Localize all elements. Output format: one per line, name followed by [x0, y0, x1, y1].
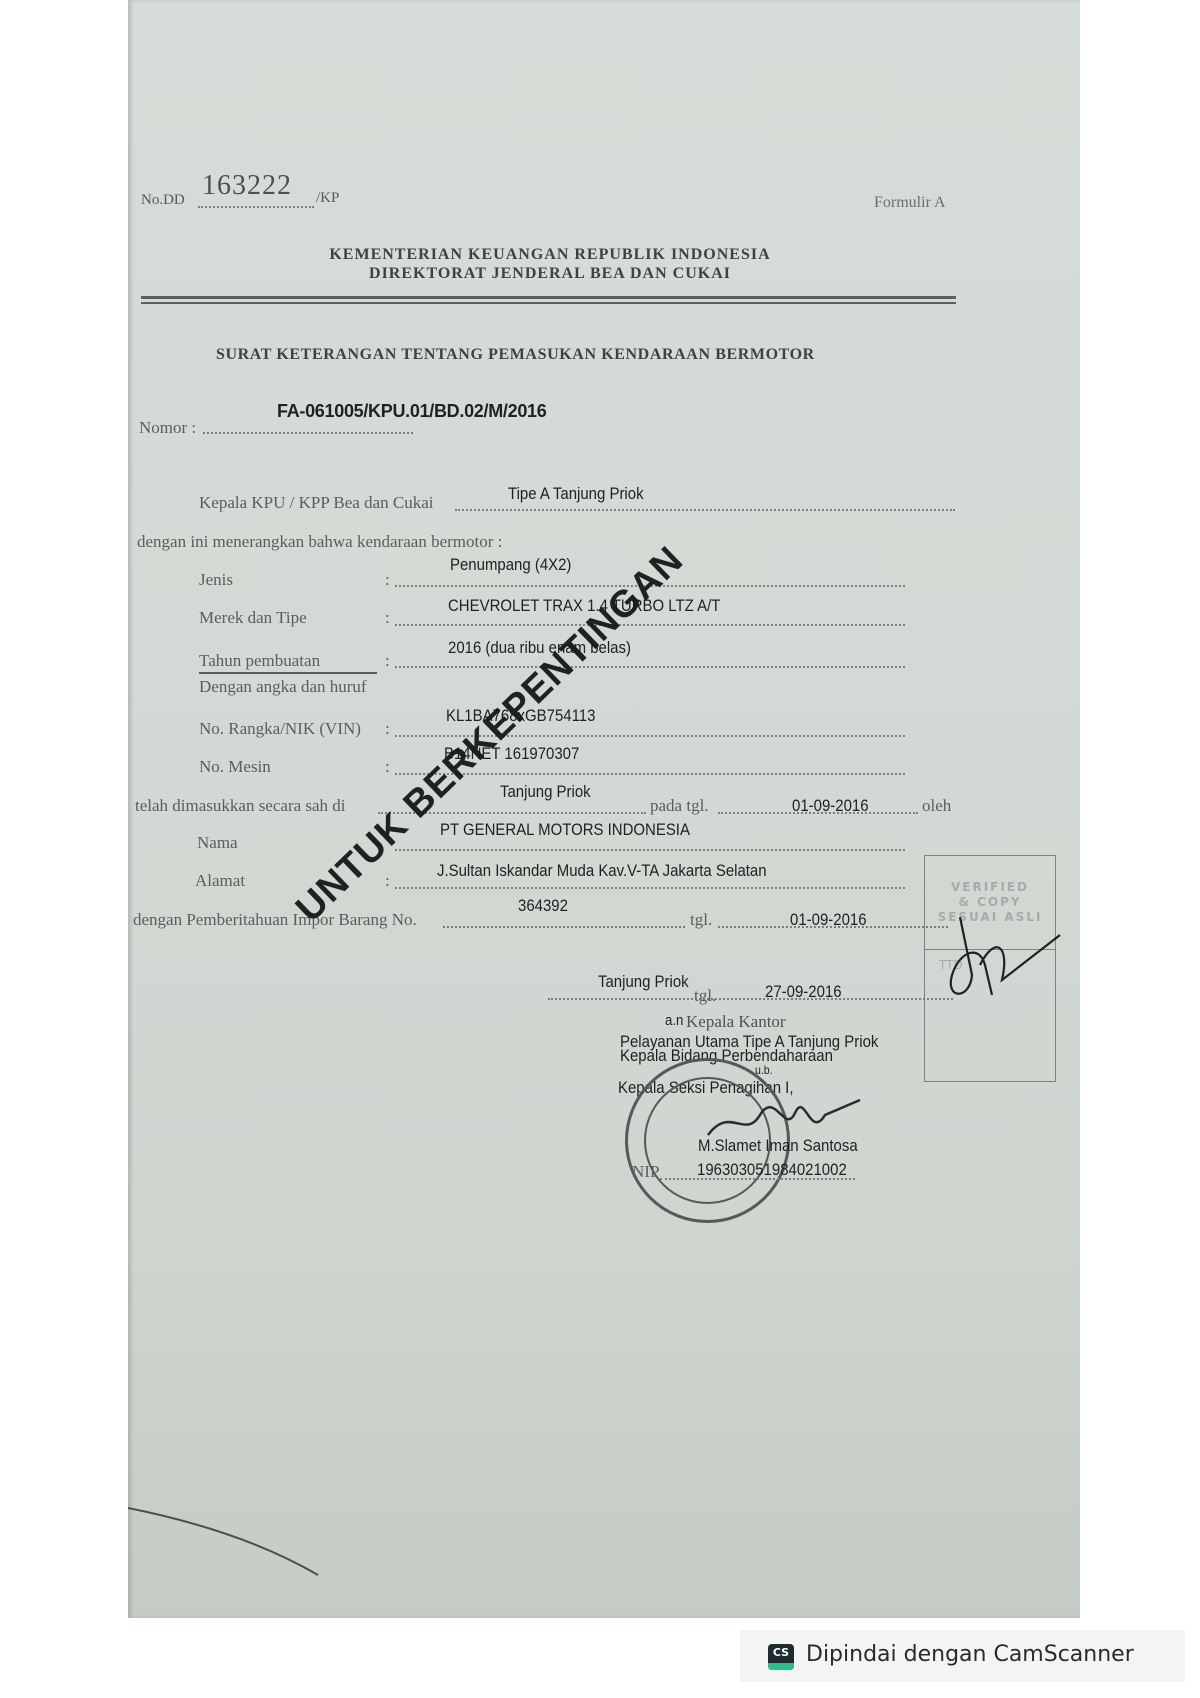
- entry-label: telah dimasukkan secara sah di: [135, 796, 346, 816]
- nama-value: PT GENERAL MOTORS INDONESIA: [440, 820, 690, 840]
- camscanner-logo-icon: CS: [768, 1644, 794, 1670]
- signature-date-dots: [548, 998, 953, 1000]
- signature-an: a.n: [665, 1012, 683, 1029]
- signatory-name: M.Slamet Iman Santosa: [698, 1136, 858, 1156]
- pib-value: 364392: [518, 896, 568, 916]
- field-label-merek: Merek dan Tipe: [199, 608, 307, 628]
- no-dd-dots: [198, 206, 314, 208]
- nama-label: Nama: [197, 833, 238, 853]
- colon: :: [385, 651, 390, 671]
- kepala-value: Tipe A Tanjung Priok: [508, 484, 644, 504]
- alamat-dots: [395, 887, 905, 889]
- header-rule-top: [141, 296, 956, 299]
- field-sublabel-tahun: Dengan angka dan huruf: [199, 677, 367, 697]
- merek-dots: [395, 624, 905, 626]
- kepala-label: Kepala KPU / KPP Bea dan Cukai: [199, 493, 434, 513]
- nomor-label: Nomor :: [139, 418, 196, 438]
- camscanner-logo-text: CS: [768, 1646, 794, 1659]
- nama-dots: [395, 849, 905, 851]
- pib-dots: [443, 926, 685, 928]
- signature-place: Tanjung Priok: [598, 972, 689, 992]
- ministry-header: KEMENTERIAN KEUANGAN REPUBLIK INDONESIA …: [290, 245, 810, 283]
- colon: :: [385, 608, 390, 628]
- colon: :: [385, 570, 390, 590]
- camscanner-badge: CS Dipindai dengan CamScanner: [740, 1630, 1185, 1682]
- field-label-tahun: Tahun pembuatan: [199, 651, 377, 674]
- verification-signature: [940, 905, 1070, 1025]
- colon: :: [385, 757, 390, 777]
- paper-scratch-mark: [128, 1480, 388, 1580]
- field-label-mesin: No. Mesin: [199, 757, 271, 777]
- nip-label: NIP: [632, 1162, 659, 1182]
- signature-date-label: tgl.: [694, 986, 716, 1006]
- kepala-dots: [455, 509, 955, 511]
- no-dd-suffix: /KP: [316, 190, 339, 207]
- alamat-value: J.Sultan Iskandar Muda Kav.V-TA Jakarta …: [437, 861, 767, 881]
- ministry-name: KEMENTERIAN KEUANGAN REPUBLIK INDONESIA: [290, 245, 810, 264]
- nomor-value: FA-061005/KPU.01/BD.02/M/2016: [277, 401, 546, 422]
- colon: :: [385, 871, 390, 891]
- pib-date-label: tgl.: [690, 910, 712, 930]
- tahun-dots: [395, 666, 905, 668]
- entry-by: oleh: [922, 796, 951, 816]
- pib-date: 01-09-2016: [790, 910, 867, 930]
- nomor-dots: [203, 432, 413, 434]
- directorate-name: DIREKTORAT JENDERAL BEA DAN CUKAI: [290, 264, 810, 283]
- signature-date: 27-09-2016: [765, 982, 842, 1002]
- header-rule-bottom: [141, 302, 956, 304]
- office-line-1: Kepala Kantor: [686, 1012, 786, 1032]
- entry-date-label: pada tgl.: [650, 796, 709, 816]
- pib-label: dengan Pemberitahuan Impor Barang No.: [133, 910, 417, 930]
- verified-line-1: VERIFIED: [925, 880, 1055, 895]
- entry-date: 01-09-2016: [792, 796, 869, 816]
- no-dd-label: No.DD: [141, 192, 185, 209]
- alamat-label: Alamat: [195, 871, 245, 891]
- camscanner-footer-text: Dipindai dengan CamScanner: [806, 1642, 1134, 1667]
- field-label-vin: No. Rangka/NIK (VIN): [199, 719, 361, 739]
- intro-text: dengan ini menerangkan bahwa kendaraan b…: [137, 532, 502, 552]
- field-value-jenis: Penumpang (4X2): [450, 555, 571, 575]
- colon: :: [385, 719, 390, 739]
- field-label-jenis: Jenis: [199, 570, 233, 590]
- entry-place: Tanjung Priok: [500, 782, 591, 802]
- form-type-label: Formulir A: [874, 194, 946, 212]
- document-title: SURAT KETERANGAN TENTANG PEMASUKAN KENDA…: [216, 346, 815, 364]
- no-dd-value: 163222: [202, 170, 292, 202]
- nip-value: 196303051984021002: [697, 1160, 847, 1180]
